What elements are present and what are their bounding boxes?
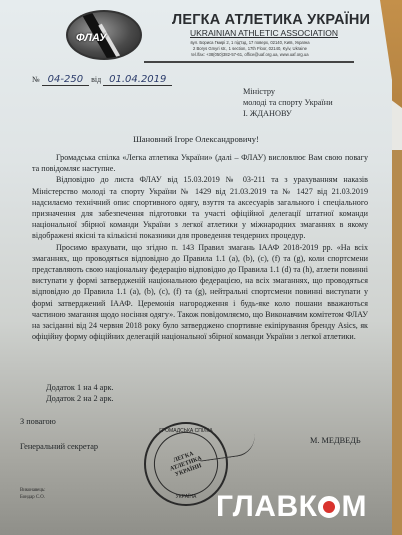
watermark-dot-icon <box>318 496 340 518</box>
signer-name: М. МЕДВЕДЬ <box>310 436 361 445</box>
paragraph: Відповідно до листа ФЛАУ від 15.03.2019 … <box>32 174 368 241</box>
closing-regards: З повагою <box>20 417 56 426</box>
number-label: № <box>32 75 40 84</box>
stamp-ring-bottom: УКРАЇНА <box>176 494 197 500</box>
signer-position: Генеральний секретар <box>20 442 98 451</box>
contact-line: tel./fax: +38(050)382-57-61, office@uaf.… <box>170 52 330 57</box>
executor-name: Бондар С.О. <box>20 495 45 502</box>
recipient-line: Міністру <box>243 86 333 97</box>
stamp-center: ЛЕГКА АТЛЕТИКА УКРАЇНИ <box>145 423 227 505</box>
reference-line: № 04-250 від 01.04.2019 <box>32 74 172 86</box>
watermark-text-end: М <box>341 490 367 524</box>
flau-logo: ФЛАУ <box>66 10 142 60</box>
salutation: Шановний Ігоре Олександровичу! <box>0 134 392 144</box>
body-text: Громадська спілка «Легка атлетика Україн… <box>32 152 368 342</box>
org-name-en: UKRAINIAN ATHLETIC ASSOCIATION <box>190 28 338 38</box>
attachment-item: Додаток 2 на 2 арк. <box>46 393 114 404</box>
paragraph: Просимо врахувати, що згідно п. 143 Прав… <box>32 242 368 343</box>
glavcom-watermark-logo: ГЛАВК М <box>216 490 367 524</box>
watermark-text-start: ГЛАВК <box>216 490 317 524</box>
letter-document: ФЛАУ ЛЕГКА АТЛЕТИКА УКРАЇНИ UKRAINIAN AT… <box>0 0 392 535</box>
attachments-list: Додаток 1 на 4 арк. Додаток 2 на 2 арк. <box>46 382 114 404</box>
executor-label: Виконавець: <box>20 488 45 495</box>
recipient-block: Міністру молоді та спорту України І. ЖДА… <box>243 86 333 119</box>
reference-date: 01.04.2019 <box>103 74 172 86</box>
address-line-en: 2 Borys Gmyri str., 1 section, 17th Floo… <box>170 46 330 51</box>
letterhead-divider <box>144 61 354 63</box>
date-label: від <box>91 75 101 84</box>
address-line-ua: вул. Бориса Гмирі 2, 1 під'їзд, 17 повер… <box>170 40 330 45</box>
attachment-item: Додаток 1 на 4 арк. <box>46 382 114 393</box>
executor-block: Виконавець: Бондар С.О. <box>20 488 45 501</box>
paragraph: Громадська спілка «Легка атлетика Україн… <box>32 152 368 174</box>
recipient-line: молоді та спорту України <box>243 97 333 108</box>
reference-number: 04-250 <box>42 74 89 86</box>
org-name: ЛЕГКА АТЛЕТИКА УКРАЇНИ <box>172 12 370 28</box>
logo-text: ФЛАУ <box>76 32 107 44</box>
recipient-line: І. ЖДАНОВУ <box>243 108 333 119</box>
